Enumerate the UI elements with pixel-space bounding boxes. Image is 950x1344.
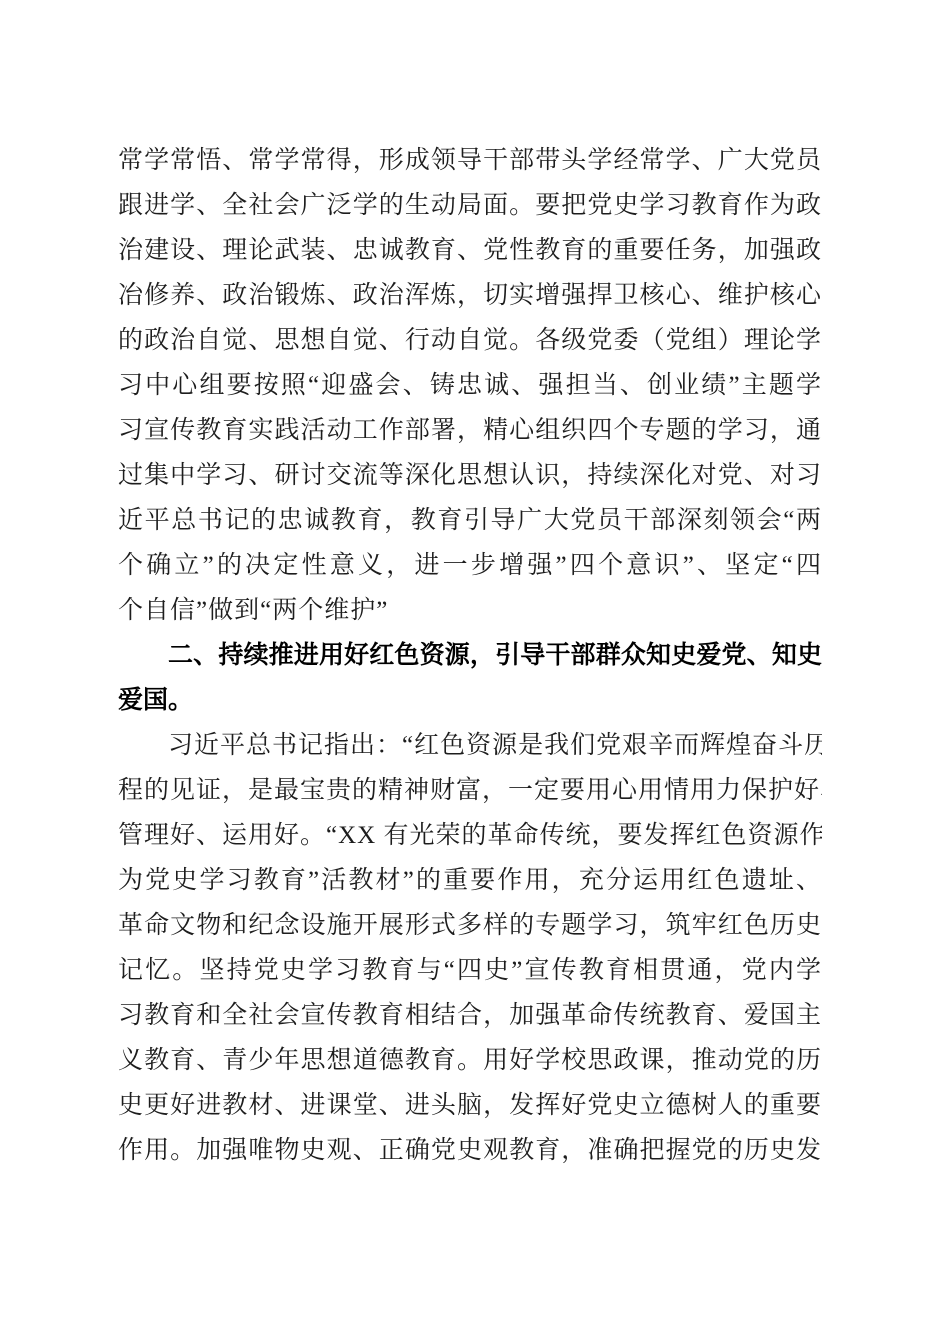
page-content: 常学常悟、常学常得，形成领导干部带头学经常学、广大党员跟进学、全社会广泛学的生动… <box>118 138 822 1173</box>
text-line: 程的见证，是最宝贵的精神财富，一定要用心用情用力保护好、 <box>118 768 822 813</box>
heading-line: 二、持续推进用好红色资源，引导干部群众知史爱党、知史 <box>118 633 822 678</box>
text-line: 近平总书记的忠诚教育，教育引导广大党员干部深刻领会“两 <box>118 498 822 543</box>
text-line: 作用。加强唯物史观、正确党史观教育，准确把握党的历史发 <box>118 1128 822 1173</box>
text-line: 管理好、运用好。“XX 有光荣的革命传统，要发挥红色资源作 <box>118 813 822 858</box>
text-line: 习教育和全社会宣传教育相结合，加强革命传统教育、爱国主 <box>118 993 822 1038</box>
text-line: 个自信”做到“两个维护” <box>118 588 822 633</box>
text-line: 习近平总书记指出：“红色资源是我们党艰辛而辉煌奋斗历 <box>118 723 822 768</box>
text-line: 的政治自觉、思想自觉、行动自觉。各级党委（党组）理论学 <box>118 318 822 363</box>
heading-line: 爱国。 <box>118 678 822 723</box>
text-line: 习宣传教育实践活动工作部署，精心组织四个专题的学习，通 <box>118 408 822 453</box>
text-line: 革命文物和纪念设施开展形式多样的专题学习，筑牢红色历史 <box>118 903 822 948</box>
text-line: 冶修养、政治锻炼、政治浑炼，切实增强捍卫核心、维护核心 <box>118 273 822 318</box>
text-line: 治建设、理论武装、忠诚教育、党性教育的重要任务，加强政 <box>118 228 822 273</box>
section-heading-2: 二、持续推进用好红色资源，引导干部群众知史爱党、知史爱国。 <box>118 633 822 723</box>
text-line: 个确立”的决定性意义，进一步增强”四个意识”、坚定“四 <box>118 543 822 588</box>
text-line: 史更好进教材、进课堂、进头脑，发挥好党史立德树人的重要 <box>118 1083 822 1128</box>
text-line: 常学常悟、常学常得，形成领导干部带头学经常学、广大党员 <box>118 138 822 183</box>
document-page: 常学常悟、常学常得，形成领导干部带头学经常学、广大党员跟进学、全社会广泛学的生动… <box>0 0 950 1344</box>
text-line: 为党史学习教育”活教材”的重要作用，充分运用红色遗址、 <box>118 858 822 903</box>
text-line: 习中心组要按照“迎盛会、铸忠诚、强担当、创业绩”主题学 <box>118 363 822 408</box>
paragraph-continuation: 常学常悟、常学常得，形成领导干部带头学经常学、广大党员跟进学、全社会广泛学的生动… <box>118 138 822 633</box>
text-line: 过集中学习、研讨交流等深化思想认识，持续深化对党、对习 <box>118 453 822 498</box>
text-line: 义教育、青少年思想道德教育。用好学校思政课，推动党的历 <box>118 1038 822 1083</box>
text-line: 记忆。坚持党史学习教育与“四史”宣传教育相贯通，党内学 <box>118 948 822 993</box>
paragraph-red-resources: 习近平总书记指出：“红色资源是我们党艰辛而辉煌奋斗历程的见证，是最宝贵的精神财富… <box>118 723 822 1173</box>
text-line: 跟进学、全社会广泛学的生动局面。要把党史学习教育作为政 <box>118 183 822 228</box>
